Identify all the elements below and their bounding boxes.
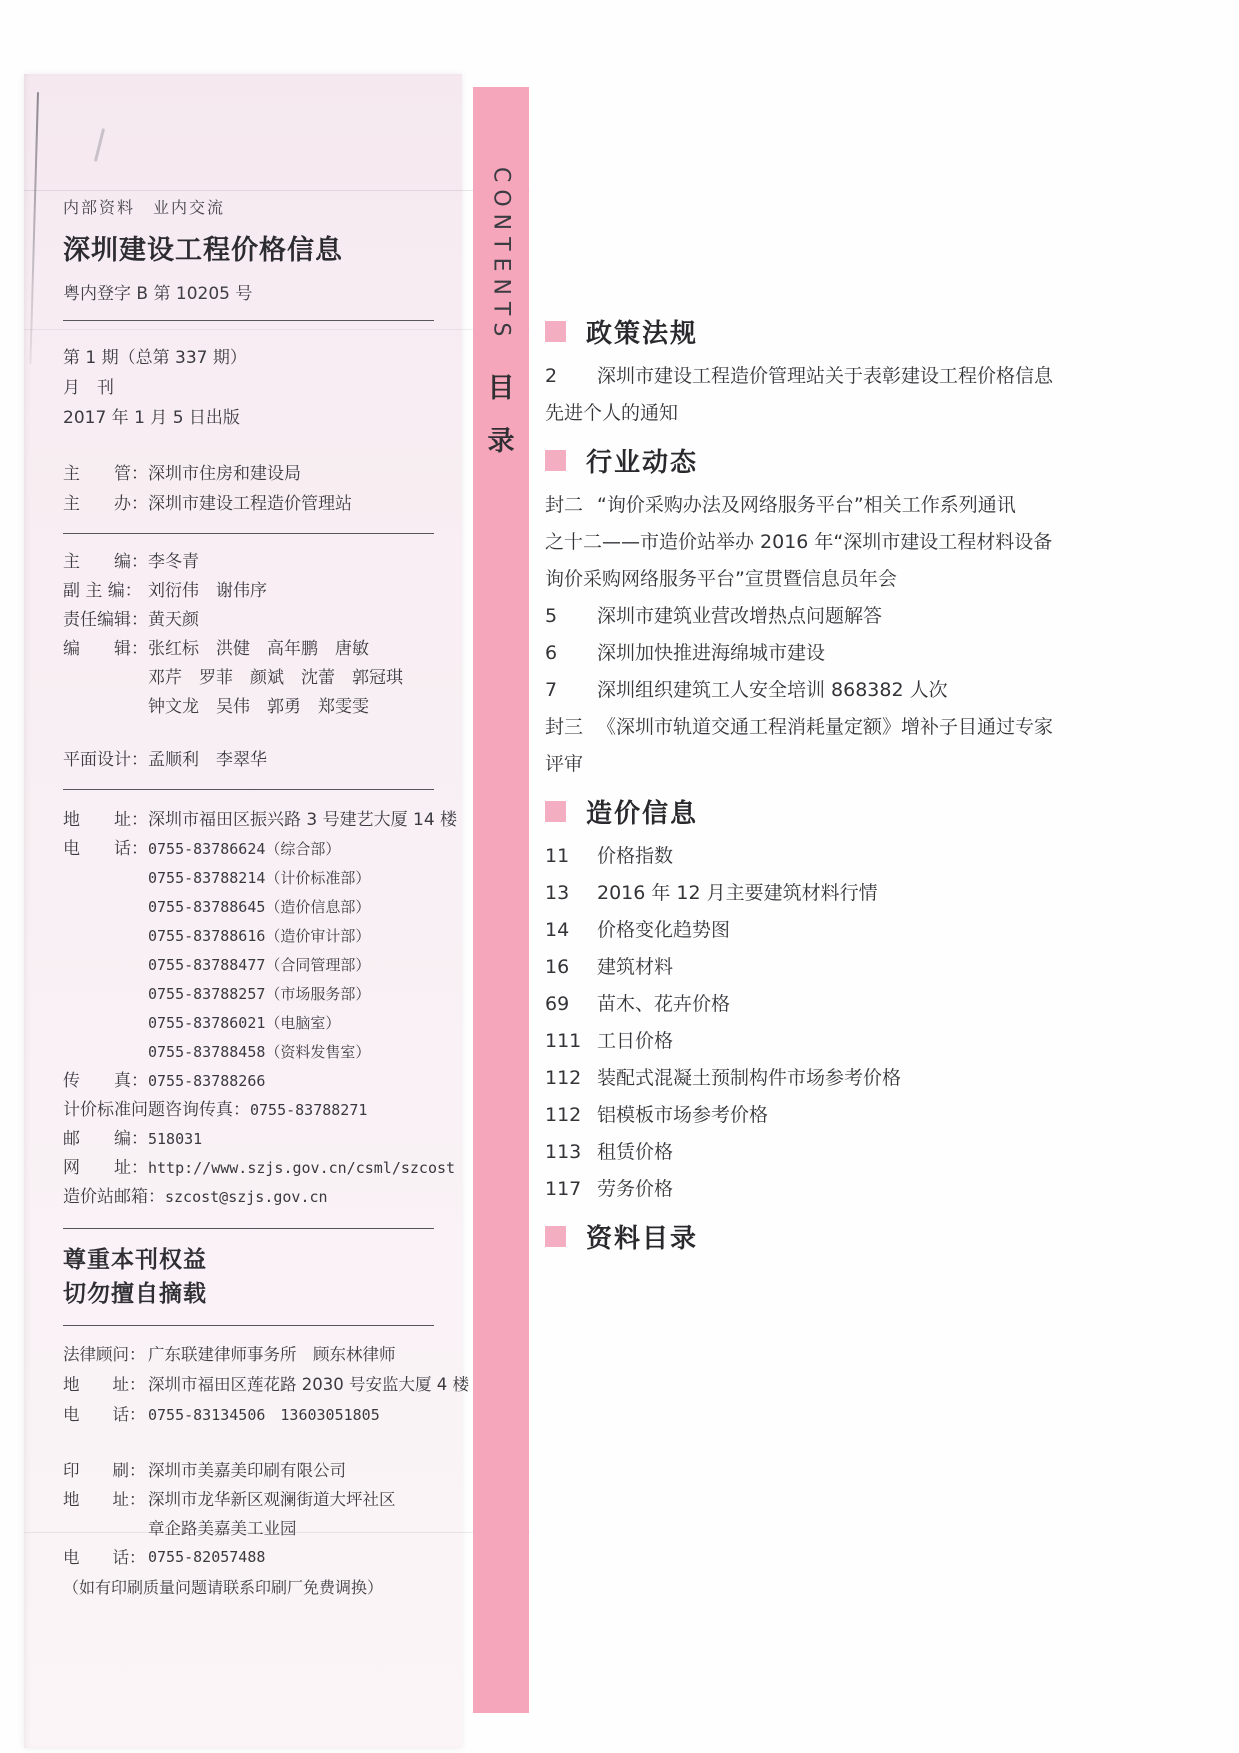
toc-entry-main: 7 深圳组织建筑工人安全培训 868382 人次 [545,672,1195,709]
toc-entry: 113 租赁价格 [545,1134,1195,1171]
toc-entry: 16 建筑材料 [545,949,1195,986]
row-label: 地 址： [63,1485,148,1514]
row-value: 深圳市建设工程造价管理站 [148,489,352,519]
row-value-line: 邓芹 罗菲 颜斌 沈蕾 郭冠琪 [148,664,403,693]
row-value-line: 章企路美嘉美工业园 [148,1514,396,1543]
contents-zh-char: 目 [488,375,515,402]
entry-title: 2016 年 12 月主要建筑材料行情 [597,875,878,912]
toc-entry: 112 装配式混凝土预制构件市场参考价格 [545,1060,1195,1097]
row-value-line: 深圳市美嘉美印刷有限公司 [148,1456,346,1485]
entry-title: “询价采购办法及网络服务平台”相关工作系列通讯 [597,487,1016,524]
row-value: http://www.szjs.gov.cn/csml/szcost [148,1154,455,1183]
row-value: 广东联建律师事务所 顾东林律师 [148,1340,396,1370]
contact-info: 地 址： 深圳市福田区振兴路 3 号建艺大厦 14 楼 电 话： 0755-83… [63,806,434,1212]
info-row: 计价标准问题咨询传真： 0755-83788271 [63,1096,434,1125]
page-number: 2 [545,358,587,395]
issue-line: 第 1 期（总第 337 期） [63,343,434,373]
row-value: 0755-83788266 [148,1067,265,1096]
info-row: 法律顾问： 广东联建律师事务所 顾东林律师 [63,1340,434,1370]
row-label: 编 辑： [63,635,148,664]
toc-entry: 117 劳务价格 [545,1171,1195,1208]
row-value-line: szcost@szjs.gov.cn [165,1183,328,1212]
section-title: 造价信息 [586,793,698,830]
row-label: 平面设计： [63,746,148,775]
info-row: 主 管： 深圳市住房和建设局 [63,459,434,489]
section-heading: 行业动态 [545,442,1195,479]
row-value-line: 钟文龙 吴伟 郭勇 郑雯雯 [148,693,403,722]
print-quality-note: （如有印刷质量问题请联系印刷厂免费调换） [63,1575,434,1598]
row-value: szcost@szjs.gov.cn [165,1183,328,1212]
toc-section: 行业动态 封二 “询价采购办法及网络服务平台”相关工作系列通讯 之十二——市造价… [545,442,1195,783]
toc-entry: 2 深圳市建设工程造价管理站关于表彰建设工程价格信息 先进个人的通知 [545,358,1195,432]
row-label: 网 址： [63,1154,148,1183]
copyright-line: 尊重本刊权益 [63,1243,434,1277]
row-label: 副 主 编： [63,577,148,606]
row-value-extra: 0755-83788214（计价标准部）0755-83788645（造价信息部）… [148,864,370,1067]
toc-entry: 11 价格指数 [545,838,1195,875]
divider [63,320,434,321]
issue-line: 月 刊 [63,373,434,403]
registration-number: 粤内登字 B 第 10205 号 [63,279,434,304]
info-row: 造价站邮箱： szcost@szjs.gov.cn [63,1183,434,1212]
row-value-line: 深圳市建设工程造价管理站 [148,489,352,519]
entry-title: 深圳市建设工程造价管理站关于表彰建设工程价格信息 [597,358,1053,395]
section-bullet-icon [545,450,566,471]
page-number: 封三 [545,709,587,746]
info-row: 电 话： 0755-83786624（综合部） 0755-83788214（计价… [63,835,434,1067]
masthead-page: 内部资料 业内交流 深圳建设工程价格信息 粤内登字 B 第 10205 号 第 … [24,74,462,1748]
section-bullet-icon [545,1226,566,1247]
toc-entry: 6 深圳加快推进海绵城市建设 [545,635,1195,672]
row-value-extra: 邓芹 罗菲 颜斌 沈蕾 郭冠琪钟文龙 吴伟 郭勇 郑雯雯 [148,664,403,722]
section-title: 政策法规 [586,313,698,350]
section-heading: 造价信息 [545,793,1195,830]
row-value: 深圳市住房和建设局 [148,459,301,489]
row-value: 0755-83786624（综合部） 0755-83788214（计价标准部）0… [148,835,370,1067]
row-value-line: 0755-83786624（综合部） [148,835,370,864]
page-number: 111 [545,1023,587,1060]
divider [63,1228,434,1229]
page-number: 封二 [545,487,587,524]
row-value-line: 深圳市龙华新区观澜街道大坪社区 [148,1485,396,1514]
entry-title: 价格变化趋势图 [597,912,730,949]
row-label: 责任编辑： [63,606,148,635]
entry-title: 《深圳市轨道交通工程消耗量定额》增补子目通过专家 [597,709,1053,746]
row-value-line: 0755-83788458（资料发售室） [148,1038,370,1067]
row-value: 刘衍伟 谢伟序 [148,577,267,606]
entry-title: 劳务价格 [597,1171,673,1208]
row-value: 深圳市福田区莲花路 2030 号安监大厦 4 楼 [148,1370,469,1400]
section-heading: 政策法规 [545,313,1195,350]
toc-entry-main: 112 装配式混凝土预制构件市场参考价格 [545,1060,1195,1097]
toc-entry-main: 11 价格指数 [545,838,1195,875]
classification-note: 内部资料 业内交流 [63,195,434,218]
section-title: 行业动态 [586,442,698,479]
row-value-line: 0755-83786021（电脑室） [148,1009,370,1038]
info-row: 责任编辑： 黄天颜 [63,606,434,635]
row-value: 518031 [148,1125,202,1154]
toc-entry-main: 14 价格变化趋势图 [545,912,1195,949]
entry-title: 深圳加快推进海绵城市建设 [597,635,825,672]
row-value: 0755-83134506 13603051805 [148,1400,380,1430]
page-number: 69 [545,986,587,1023]
row-label: 主 编： [63,548,148,577]
entry-title: 苗木、花卉价格 [597,986,730,1023]
editorial-staff: 主 编： 李冬青 副 主 编： 刘衍伟 谢伟序 [63,548,434,722]
entry-title: 建筑材料 [597,949,673,986]
entry-continuation-line: 询价采购网络服务平台”宣贯暨信息员年会 [545,561,1195,598]
entry-continuation-line: 评审 [545,746,1195,783]
row-value-extra: 章企路美嘉美工业园 [148,1514,396,1543]
row-value-line: 518031 [148,1125,202,1154]
row-label: 计价标准问题咨询传真： [63,1096,250,1125]
row-label: 邮 编： [63,1125,148,1154]
row-value-line: 0755-83788271 [250,1096,367,1125]
info-row: 传 真： 0755-83788266 [63,1067,434,1096]
entry-continuation-line: 先进个人的通知 [545,395,1195,432]
row-value-line: 0755-83788645（造价信息部） [148,893,370,922]
scan-fold-line [24,329,530,330]
toc-entry-main: 封三 《深圳市轨道交通工程消耗量定额》增补子目通过专家 [545,709,1195,746]
row-value-line: 0755-83788257（市场服务部） [148,980,370,1009]
row-label: 地 址： [63,1370,148,1400]
entry-title: 工日价格 [597,1023,673,1060]
entry-continuation: 评审 [545,746,1195,783]
page-number: 7 [545,672,587,709]
entry-continuation: 先进个人的通知 [545,395,1195,432]
entry-title: 租赁价格 [597,1134,673,1171]
toc-entry-main: 112 铝模板市场参考价格 [545,1097,1195,1134]
section-items: 2 深圳市建设工程造价管理站关于表彰建设工程价格信息 先进个人的通知 [545,358,1195,432]
table-of-contents: 政策法规 2 深圳市建设工程造价管理站关于表彰建设工程价格信息 先进个人的通知 [545,303,1195,1263]
row-value: 李冬青 [148,548,199,577]
row-value-line: 广东联建律师事务所 顾东林律师 [148,1340,396,1370]
row-value-line: 黄天颜 [148,606,199,635]
scan-fold-line [24,1532,530,1533]
page-number: 14 [545,912,587,949]
toc-entry: 112 铝模板市场参考价格 [545,1097,1195,1134]
toc-entry: 111 工日价格 [545,1023,1195,1060]
contents-label-zh: 目录 [488,375,515,455]
row-value: 深圳市福田区振兴路 3 号建艺大厦 14 楼 [148,806,457,835]
info-row: 邮 编： 518031 [63,1125,434,1154]
toc-entry: 69 苗木、花卉价格 [545,986,1195,1023]
toc-entry-main: 2 深圳市建设工程造价管理站关于表彰建设工程价格信息 [545,358,1195,395]
info-row: 平面设计： 孟顺利 李翠华 [63,746,434,775]
row-value-line: 0755-83788266 [148,1067,265,1096]
page-number: 6 [545,635,587,672]
entry-continuation: 之十二——市造价站举办 2016 年“深圳市建设工程材料设备询价采购网络服务平台… [545,524,1195,598]
scan-canvas: 内部资料 业内交流 深圳建设工程价格信息 粤内登字 B 第 10205 号 第 … [0,0,1239,1753]
toc-entry: 7 深圳组织建筑工人安全培训 868382 人次 [545,672,1195,709]
copyright-line: 切勿擅自摘载 [63,1277,434,1311]
toc-entry-main: 69 苗木、花卉价格 [545,986,1195,1023]
entry-title: 装配式混凝土预制构件市场参考价格 [597,1060,901,1097]
row-value-line: 孟顺利 李翠华 [148,746,267,775]
row-value-line: 0755-83788214（计价标准部） [148,864,370,893]
row-value-line: 刘衍伟 谢伟序 [148,577,267,606]
info-row: 电 话： 0755-82057488 [63,1543,434,1572]
info-row: 主 办： 深圳市建设工程造价管理站 [63,489,434,519]
toc-entry-main: 117 劳务价格 [545,1171,1195,1208]
copyright-notice: 尊重本刊权益切勿擅自摘载 [63,1243,434,1311]
row-label: 主 办： [63,489,148,519]
row-value-line: http://www.szjs.gov.cn/csml/szcost [148,1154,455,1183]
page-number: 113 [545,1134,587,1171]
toc-entry-main: 6 深圳加快推进海绵城市建设 [545,635,1195,672]
toc-section: 资料目录 [545,1218,1195,1255]
toc-entry-main: 113 租赁价格 [545,1134,1195,1171]
page-number: 112 [545,1097,587,1134]
row-value: 0755-82057488 [148,1543,265,1572]
section-items: 封二 “询价采购办法及网络服务平台”相关工作系列通讯 之十二——市造价站举办 2… [545,487,1195,783]
toc-entry: 14 价格变化趋势图 [545,912,1195,949]
info-row: 印 刷： 深圳市美嘉美印刷有限公司 [63,1456,434,1485]
row-label: 地 址： [63,806,148,835]
row-value-line: 深圳市福田区振兴路 3 号建艺大厦 14 楼 [148,806,457,835]
info-row: 网 址： http://www.szjs.gov.cn/csml/szcost [63,1154,434,1183]
row-value-line: 0755-83134506 13603051805 [148,1400,380,1430]
section-title: 资料目录 [586,1218,698,1255]
page-number: 11 [545,838,587,875]
page-number: 16 [545,949,587,986]
info-row: 地 址： 深圳市龙华新区观澜街道大坪社区 章企路美嘉美工业园 [63,1485,434,1543]
section-items: 11 价格指数 13 2016 年 12 月主要建筑材料行情 [545,838,1195,1208]
printer-info: 印 刷： 深圳市美嘉美印刷有限公司 地 址： 深圳市龙华新区观澜街道大坪社区 [63,1456,434,1572]
page-number: 5 [545,598,587,635]
row-value-line: 0755-82057488 [148,1543,265,1572]
issue-info: 第 1 期（总第 337 期）月 刊2017 年 1 月 5 日出版 [63,343,434,433]
row-value: 0755-83788271 [250,1096,367,1125]
page-number: 117 [545,1171,587,1208]
contents-label-en: CONTENTS [489,167,514,343]
info-row: 地 址： 深圳市福田区莲花路 2030 号安监大厦 4 楼 [63,1370,434,1400]
row-label: 造价站邮箱： [63,1183,165,1212]
graphic-design-credit: 平面设计： 孟顺利 李翠华 [63,746,434,775]
toc-entry-main: 封二 “询价采购办法及网络服务平台”相关工作系列通讯 [545,487,1195,524]
info-row: 地 址： 深圳市福田区振兴路 3 号建艺大厦 14 楼 [63,806,434,835]
issue-line: 2017 年 1 月 5 日出版 [63,403,434,433]
toc-entry-main: 111 工日价格 [545,1023,1195,1060]
page-number: 112 [545,1060,587,1097]
row-value: 深圳市美嘉美印刷有限公司 [148,1456,346,1485]
row-label: 印 刷： [63,1456,148,1485]
row-label: 电 话： [63,1543,148,1572]
row-value-line: 0755-83788616（造价审计部） [148,922,370,951]
info-row: 电 话： 0755-83134506 13603051805 [63,1400,434,1430]
row-label: 主 管： [63,459,148,489]
scan-fold-line [24,190,530,191]
row-value-line: 深圳市福田区莲花路 2030 号安监大厦 4 楼 [148,1370,469,1400]
contents-zh-char: 录 [488,428,515,455]
entry-title: 铝模板市场参考价格 [597,1097,768,1134]
section-bullet-icon [545,801,566,822]
publication-title: 深圳建设工程价格信息 [63,228,434,267]
row-value-line: 张红标 洪健 高年鹏 唐敏 [148,635,403,664]
entry-title: 价格指数 [597,838,673,875]
info-row: 副 主 编： 刘衍伟 谢伟序 [63,577,434,606]
section-heading: 资料目录 [545,1218,1195,1255]
info-row: 编 辑： 张红标 洪健 高年鹏 唐敏 邓芹 罗菲 颜斌 沈蕾 郭冠琪钟文龙 吴伟… [63,635,434,722]
row-value-line: 0755-83788477（合同管理部） [148,951,370,980]
info-row: 主 编： 李冬青 [63,548,434,577]
toc-section: 造价信息 11 价格指数 [545,793,1195,1208]
row-label: 电 话： [63,1400,148,1430]
row-value: 张红标 洪健 高年鹏 唐敏 邓芹 罗菲 颜斌 沈蕾 郭冠琪钟文龙 吴伟 郭勇 郑… [148,635,403,722]
toc-entry: 封三 《深圳市轨道交通工程消耗量定额》增补子目通过专家 评审 [545,709,1195,783]
row-value-line: 深圳市住房和建设局 [148,459,301,489]
row-value: 孟顺利 李翠华 [148,746,267,775]
toc-entry-main: 13 2016 年 12 月主要建筑材料行情 [545,875,1195,912]
entry-title: 深圳市建筑业营改增热点问题解答 [597,598,882,635]
toc-entry: 封二 “询价采购办法及网络服务平台”相关工作系列通讯 之十二——市造价站举办 2… [545,487,1195,598]
row-value: 黄天颜 [148,606,199,635]
toc-section: 政策法规 2 深圳市建设工程造价管理站关于表彰建设工程价格信息 先进个人的通知 [545,313,1195,432]
section-bullet-icon [545,321,566,342]
toc-entry-main: 5 深圳市建筑业营改增热点问题解答 [545,598,1195,635]
divider [63,1325,434,1326]
row-value: 深圳市龙华新区观澜街道大坪社区 章企路美嘉美工业园 [148,1485,396,1543]
toc-entry: 13 2016 年 12 月主要建筑材料行情 [545,875,1195,912]
contents-strip: CONTENTS 目录 [473,87,529,1713]
divider [63,533,434,534]
entry-title: 深圳组织建筑工人安全培训 868382 人次 [597,672,948,709]
toc-entry: 5 深圳市建筑业营改增热点问题解答 [545,598,1195,635]
entry-continuation-line: 之十二——市造价站举办 2016 年“深圳市建设工程材料设备 [545,524,1195,561]
page-number: 13 [545,875,587,912]
row-label: 电 话： [63,835,148,864]
legal-counsel-info: 法律顾问： 广东联建律师事务所 顾东林律师 地 址： 深圳市福田区莲花路 203… [63,1340,434,1430]
organizer-info: 主 管： 深圳市住房和建设局 主 办： 深圳市建设工程造价管理站 [63,459,434,519]
divider [63,789,434,790]
row-label: 法律顾问： [63,1340,148,1370]
toc-entry-main: 16 建筑材料 [545,949,1195,986]
row-value-line: 李冬青 [148,548,199,577]
row-label: 传 真： [63,1067,148,1096]
